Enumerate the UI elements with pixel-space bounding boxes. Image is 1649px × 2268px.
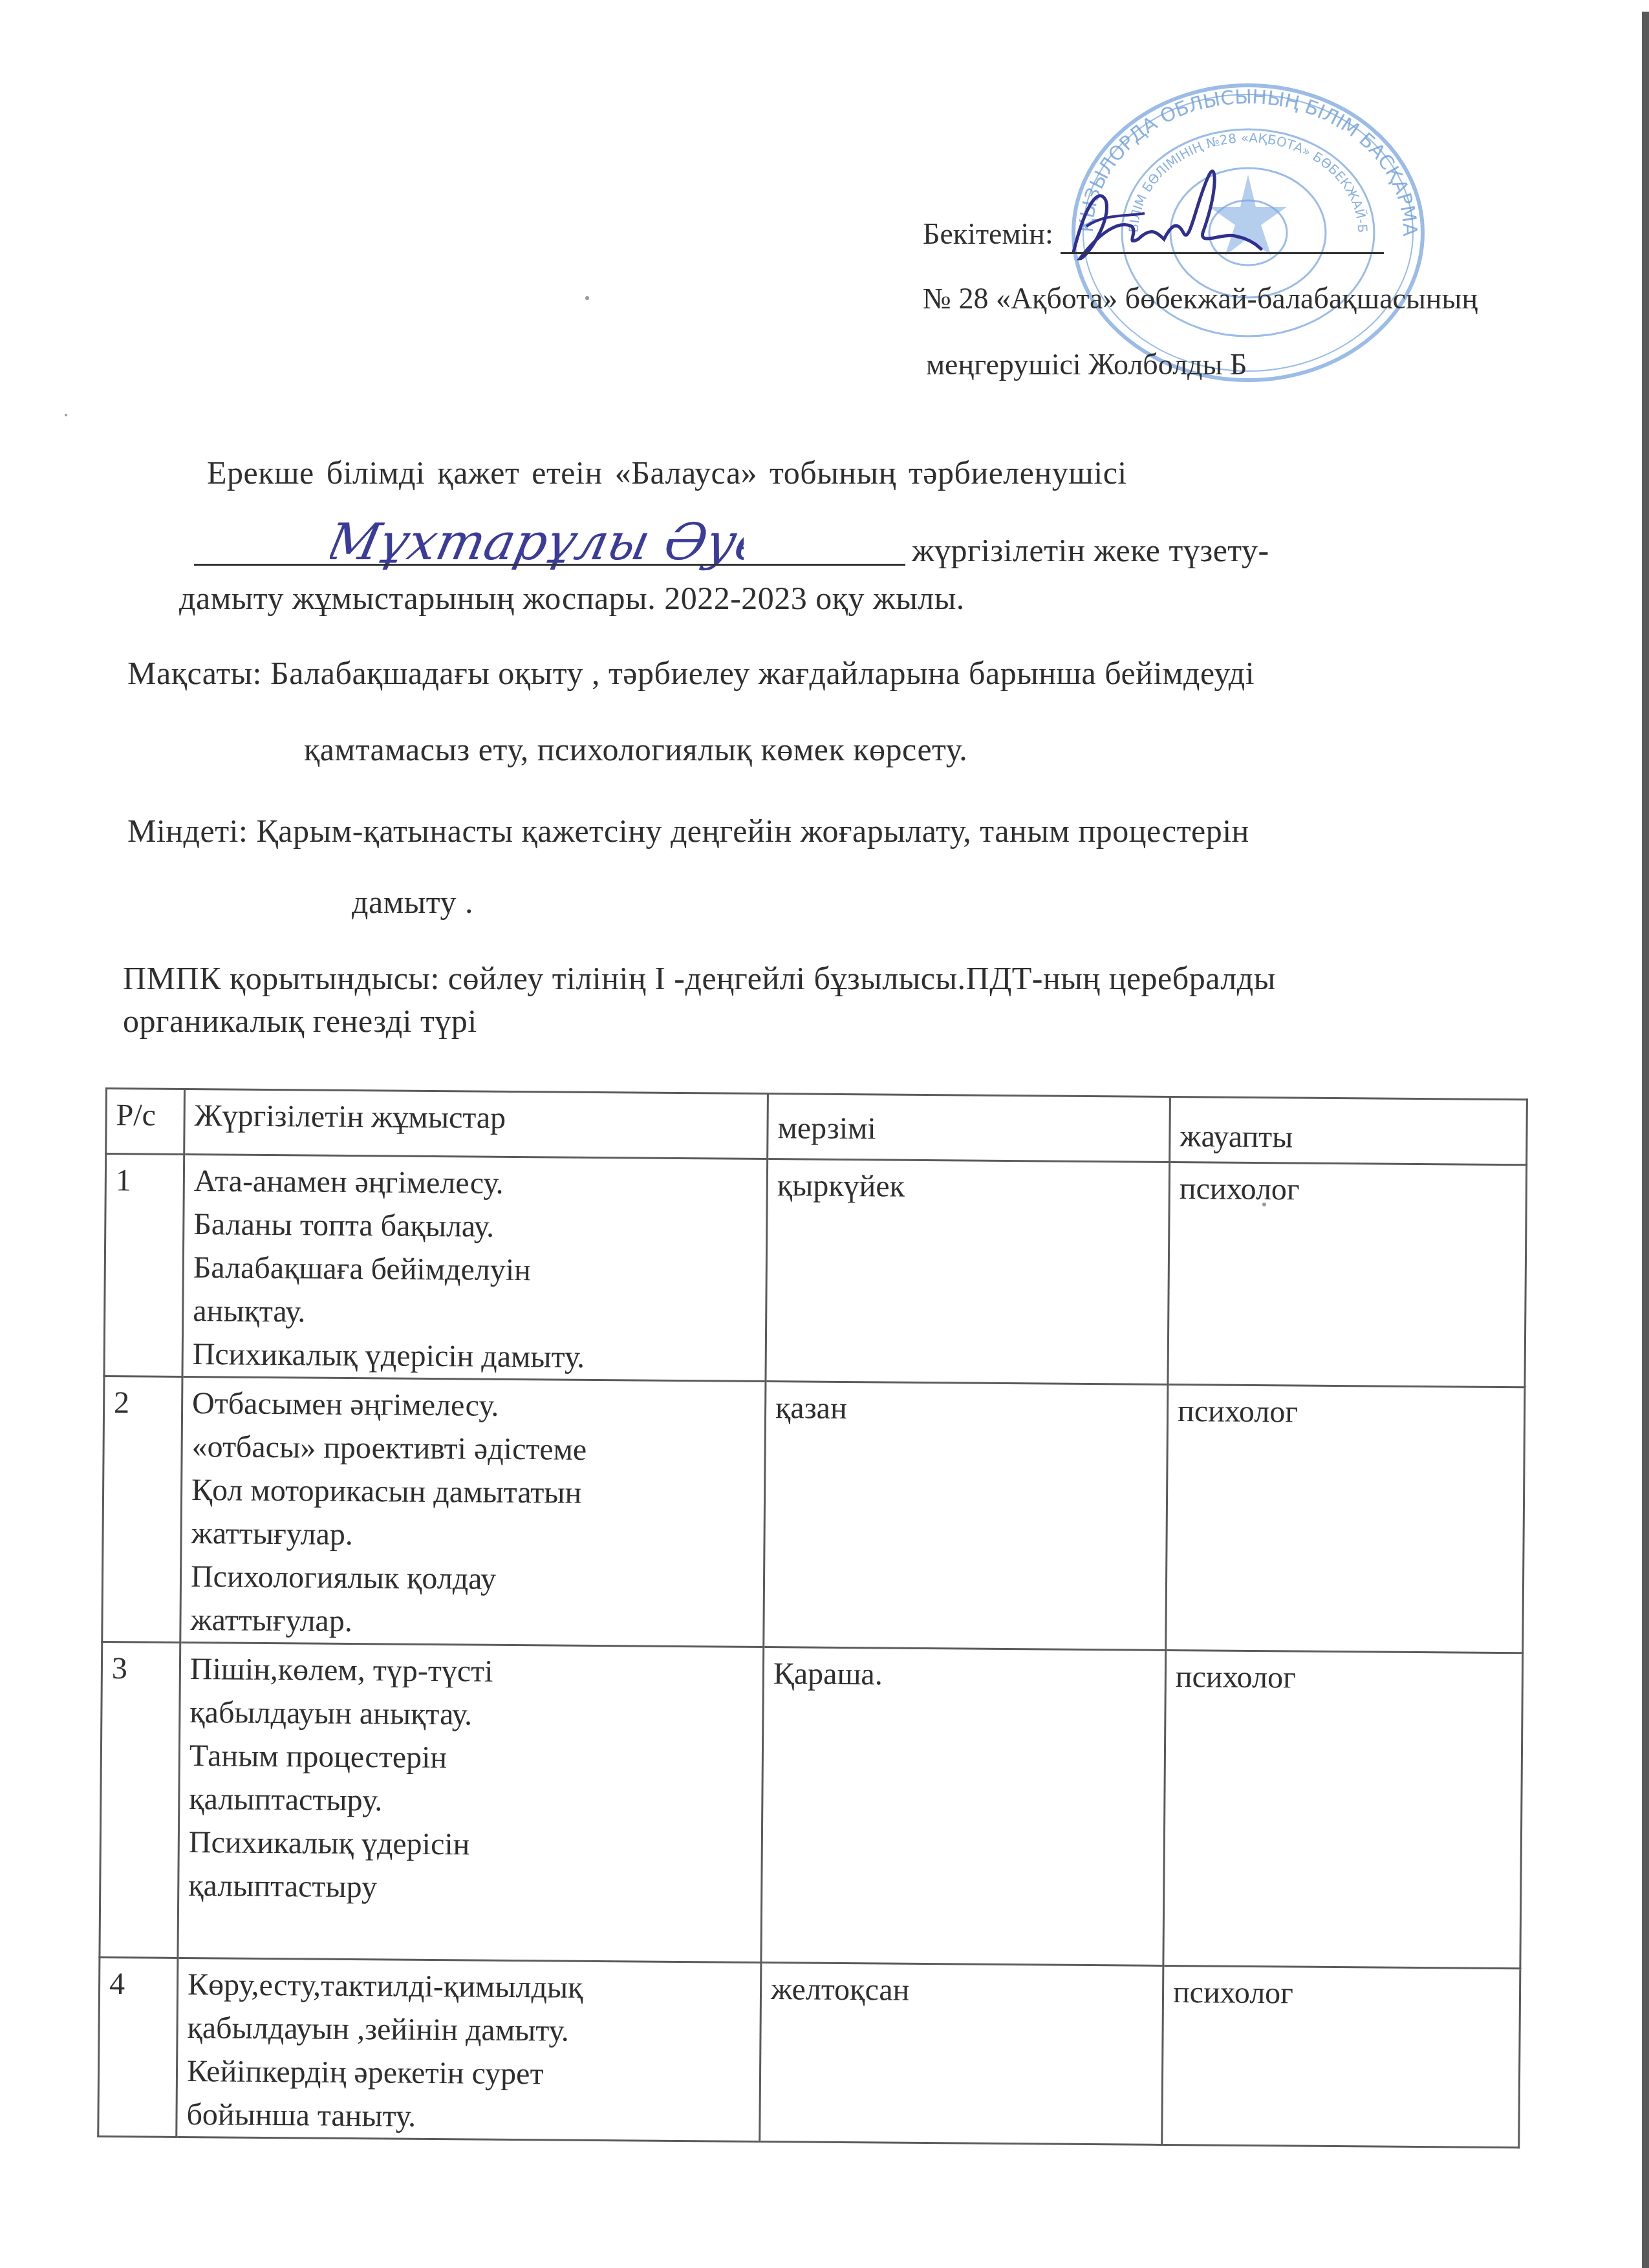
row-work: Отбасымен әңгімелесу. «отбасы» проективт…	[180, 1376, 766, 1647]
goal-text-2: қамтамасыз ету, психологиялық көмек көрс…	[304, 731, 967, 768]
director-signature-icon	[1061, 162, 1267, 272]
header-number: Р/с	[106, 1089, 185, 1155]
scan-speck	[1262, 1203, 1266, 1206]
table-header-row: Р/с Жүргізілетін жұмыстар мерзімі жауапт…	[106, 1089, 1527, 1165]
title-line-3: дамыту жұмыстарының жоспары. 2022-2023 о…	[179, 579, 965, 617]
svg-text:Мұхтарұлы Әуез: Мұхтарұлы Әуез	[330, 513, 744, 572]
header-term: мерзімі	[768, 1094, 1170, 1162]
pmpk-conclusion-line-1: ПМПК қорытындысы: сөйлеу тілінің I -деңг…	[123, 959, 1276, 997]
goal-section: Мақсаты: Балабақшадағы оқыту , тәрбиелеу…	[127, 654, 1255, 692]
approval-head-name: меңгерушісі Жолболды Б	[926, 347, 1247, 381]
goal-label: Мақсаты:	[127, 655, 262, 691]
row-work: Пішін,көлем, түр-түсті қабылдауын анықта…	[178, 1642, 764, 1962]
handwritten-child-name-icon: Мұхтарұлы Әуез	[330, 504, 744, 582]
row-work: Ата-анамен әңгімелесу. Баланы топта бақы…	[182, 1154, 768, 1381]
approval-organization: № 28 «Ақбота» бөбекжай-балабақшасының	[923, 281, 1478, 316]
title-line-1: Ерекше білімді қажет етеін «Балауса» тоб…	[207, 454, 1127, 491]
child-name-underline	[194, 564, 905, 566]
row-number: 2	[102, 1376, 182, 1642]
title-line-2-suffix: жүргізілетін жеке түзету-	[912, 531, 1269, 569]
work-plan-table: Р/с Жүргізілетін жұмыстар мерзімі жауапт…	[97, 1087, 1528, 2148]
task-text-2: дамыту .	[352, 883, 473, 921]
pmpk-conclusion-line-2: органикалық генезді түрі	[123, 1002, 477, 1040]
table-row: 2 Отбасымен әңгімелесу. «отбасы» проекти…	[102, 1376, 1525, 1653]
row-number: 4	[98, 1957, 178, 2137]
row-number: 1	[104, 1154, 184, 1377]
row-responsible: психолог	[1162, 1965, 1520, 2147]
table-row: 3 Пішін,көлем, түр-түсті қабылдауын анық…	[100, 1642, 1523, 1968]
scan-speck	[65, 414, 67, 416]
row-term: желтоқсан	[760, 1963, 1163, 2145]
task-section: Міндеті: Қарым-қатынасты қажетсіну деңге…	[127, 812, 1249, 850]
header-work: Жүргізілетін жұмыстар	[184, 1089, 768, 1159]
goal-text-1: Балабақшадағы оқыту , тәрбиелеу жағдайла…	[270, 655, 1255, 691]
row-responsible: психолог	[1168, 1162, 1527, 1387]
approval-label: Бекітемін:	[923, 217, 1053, 251]
row-responsible: психолог	[1166, 1384, 1525, 1653]
task-label: Міндеті:	[127, 813, 248, 849]
signature-line	[1061, 252, 1384, 254]
row-term: қыркүйек	[766, 1159, 1170, 1385]
task-text-1: Қарым-қатынасты қажетсіну деңгейін жоғар…	[256, 813, 1249, 849]
table-row: 4 Көру,есту,тактилді-қимылдық қабылдауын…	[98, 1957, 1520, 2147]
row-work: Көру,есту,тактилді-қимылдық қабылдауын ,…	[177, 1958, 761, 2141]
row-number: 3	[100, 1642, 180, 1958]
table-row: 1 Ата-анамен әңгімелесу. Баланы топта ба…	[104, 1154, 1527, 1387]
scan-speck	[585, 296, 589, 300]
header-responsible: жауапты	[1170, 1097, 1527, 1164]
row-responsible: психолог	[1163, 1650, 1523, 1968]
scan-edge-strip	[1642, 12, 1649, 2268]
row-term: қазан	[764, 1382, 1168, 1651]
row-term: Қараша.	[761, 1647, 1166, 1966]
